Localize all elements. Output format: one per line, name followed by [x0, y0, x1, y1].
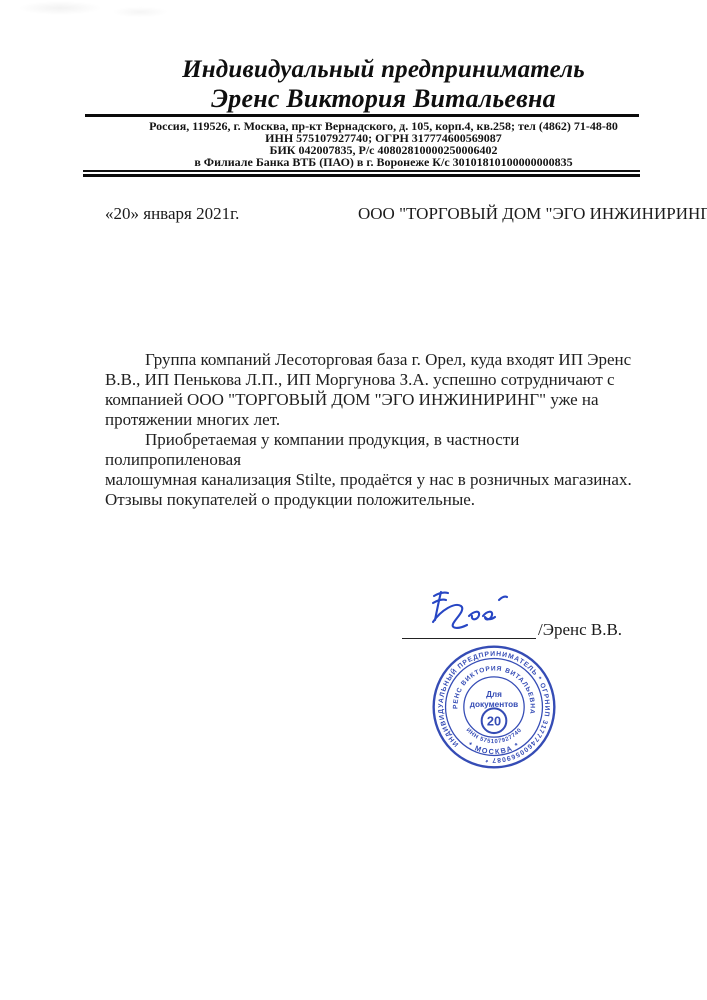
requisites-bank-line: в Филиале Банка ВТБ (ПАО) в г. Воронеже … [127, 156, 640, 168]
signature-name-label: /Эренс В.В. [538, 619, 622, 641]
stamp-center-line2: документов [470, 700, 518, 709]
stamp-center-line1: Для [486, 690, 502, 699]
date-recipient-row: «20» января 2021г. ООО "ТОРГОВЫЙ ДОМ "ЭГ… [105, 203, 665, 225]
scan-noise-artifact [0, 0, 220, 26]
letterhead-entrepreneur-name: Эренс Виктория Витальевна [127, 84, 640, 113]
stamp-center-number: 20 [487, 713, 501, 728]
letterhead: Индивидуальный предприниматель Эренс Вик… [85, 56, 640, 113]
letter-body: Группа компаний Лесоторговая база г. Оре… [105, 350, 650, 510]
body-paragraph-2: Приобретаемая у компании продукция, в ча… [105, 430, 650, 510]
body-paragraph-1: Группа компаний Лесоторговая база г. Оре… [105, 350, 650, 430]
letter-recipient: ООО "ТОРГОВЫЙ ДОМ "ЭГО ИНЖИНИРИНГ" [358, 203, 707, 225]
scanned-letter-page: Индивидуальный предприниматель Эренс Вик… [0, 0, 707, 1000]
letterhead-entrepreneur-title: Индивидуальный предприниматель [127, 56, 640, 84]
round-stamp: ИНДИВИДУАЛЬНЫЙ ПРЕДПРИНИМАТЕЛЬ * ОГРНИП … [430, 643, 558, 771]
rule-thick-stroke [83, 174, 640, 177]
signature-underline [402, 638, 536, 639]
letterhead-divider-rule [85, 114, 639, 117]
requisites-bottom-rule [83, 170, 640, 177]
letter-date: «20» января 2021г. [105, 203, 239, 225]
handwritten-signature [415, 582, 545, 644]
letterhead-requisites: Россия, 119526, г. Москва, пр-кт Вернадс… [85, 120, 640, 168]
